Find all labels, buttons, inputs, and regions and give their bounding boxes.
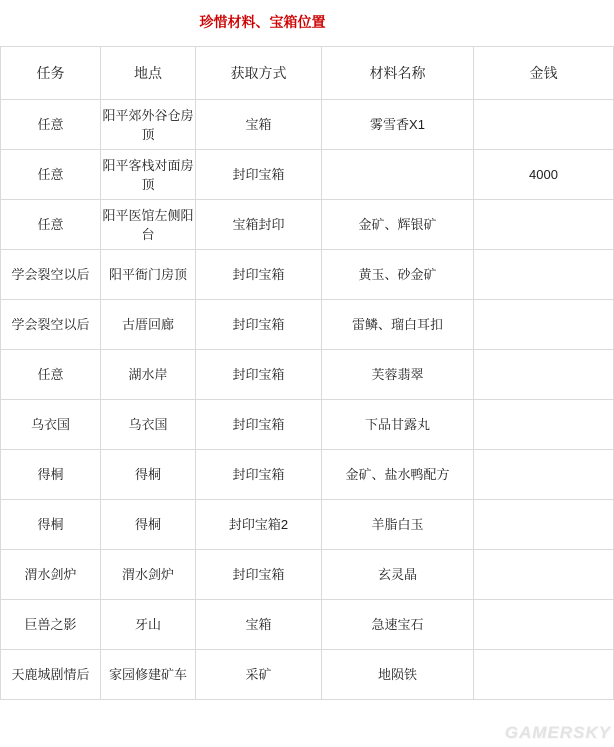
cell-location: 家园修建矿车 bbox=[101, 650, 196, 700]
table-row: 巨兽之影 牙山 宝箱 急速宝石 bbox=[1, 600, 614, 650]
cell-task: 渭水剑炉 bbox=[1, 550, 101, 600]
cell-location: 得桐 bbox=[101, 500, 196, 550]
cell-method: 封印宝箱 bbox=[196, 550, 322, 600]
page-title: 珍惜材料、宝箱位置 bbox=[0, 13, 525, 32]
cell-location: 牙山 bbox=[101, 600, 196, 650]
cell-location: 渭水剑炉 bbox=[101, 550, 196, 600]
cell-money bbox=[474, 550, 614, 600]
table-row: 学会裂空以后 阳平衙门房顶 封印宝箱 黄玉、砂金矿 bbox=[1, 250, 614, 300]
table-row: 得桐 得桐 封印宝箱2 羊脂白玉 bbox=[1, 500, 614, 550]
cell-money bbox=[474, 500, 614, 550]
cell-money bbox=[474, 400, 614, 450]
cell-method: 封印宝箱 bbox=[196, 300, 322, 350]
cell-location: 阳平郊外谷仓房顶 bbox=[101, 100, 196, 150]
cell-method: 采矿 bbox=[196, 650, 322, 700]
cell-location: 阳平医馆左侧阳台 bbox=[101, 200, 196, 250]
cell-task: 学会裂空以后 bbox=[1, 250, 101, 300]
header-location: 地点 bbox=[101, 47, 196, 100]
cell-material bbox=[322, 150, 474, 200]
cell-method: 封印宝箱 bbox=[196, 150, 322, 200]
cell-money bbox=[474, 100, 614, 150]
cell-material: 雷鳞、瑠白耳扣 bbox=[322, 300, 474, 350]
cell-method: 封印宝箱 bbox=[196, 450, 322, 500]
cell-location: 乌衣国 bbox=[101, 400, 196, 450]
cell-money bbox=[474, 600, 614, 650]
header-material: 材料名称 bbox=[322, 47, 474, 100]
cell-method: 宝箱 bbox=[196, 100, 322, 150]
cell-location: 得桐 bbox=[101, 450, 196, 500]
cell-material: 下品甘露丸 bbox=[322, 400, 474, 450]
cell-material: 玄灵晶 bbox=[322, 550, 474, 600]
cell-method: 封印宝箱 bbox=[196, 350, 322, 400]
cell-method: 封印宝箱2 bbox=[196, 500, 322, 550]
cell-money bbox=[474, 650, 614, 700]
cell-material: 羊脂白玉 bbox=[322, 500, 474, 550]
cell-material: 急速宝石 bbox=[322, 600, 474, 650]
cell-task: 任意 bbox=[1, 150, 101, 200]
cell-task: 学会裂空以后 bbox=[1, 300, 101, 350]
cell-material: 芙蓉翡翠 bbox=[322, 350, 474, 400]
materials-chests-table: 任务 地点 获取方式 材料名称 金钱 任意 阳平郊外谷仓房顶 宝箱 雾雪香X1 … bbox=[0, 46, 614, 700]
cell-task: 任意 bbox=[1, 200, 101, 250]
table-row: 学会裂空以后 古厝回廊 封印宝箱 雷鳞、瑠白耳扣 bbox=[1, 300, 614, 350]
cell-money bbox=[474, 250, 614, 300]
gamersky-watermark: GAMERSKY bbox=[505, 723, 611, 743]
cell-location: 湖水岸 bbox=[101, 350, 196, 400]
table-header-row: 任务 地点 获取方式 材料名称 金钱 bbox=[1, 47, 614, 100]
cell-method: 宝箱 bbox=[196, 600, 322, 650]
header-task: 任务 bbox=[1, 47, 101, 100]
cell-method: 宝箱封印 bbox=[196, 200, 322, 250]
cell-money bbox=[474, 300, 614, 350]
cell-task: 乌衣国 bbox=[1, 400, 101, 450]
header-money: 金钱 bbox=[474, 47, 614, 100]
cell-task: 得桐 bbox=[1, 450, 101, 500]
cell-task: 巨兽之影 bbox=[1, 600, 101, 650]
cell-material: 金矿、辉银矿 bbox=[322, 200, 474, 250]
title-container: 珍惜材料、宝箱位置 bbox=[0, 13, 525, 32]
cell-task: 任意 bbox=[1, 100, 101, 150]
cell-location: 古厝回廊 bbox=[101, 300, 196, 350]
table-row: 渭水剑炉 渭水剑炉 封印宝箱 玄灵晶 bbox=[1, 550, 614, 600]
cell-method: 封印宝箱 bbox=[196, 250, 322, 300]
table-row: 任意 阳平医馆左侧阳台 宝箱封印 金矿、辉银矿 bbox=[1, 200, 614, 250]
cell-money: 4000 bbox=[474, 150, 614, 200]
cell-money bbox=[474, 350, 614, 400]
cell-material: 地陨铁 bbox=[322, 650, 474, 700]
cell-material: 金矿、盐水鸭配方 bbox=[322, 450, 474, 500]
cell-material: 黄玉、砂金矿 bbox=[322, 250, 474, 300]
cell-task: 任意 bbox=[1, 350, 101, 400]
table-row: 乌衣国 乌衣国 封印宝箱 下品甘露丸 bbox=[1, 400, 614, 450]
table-row: 得桐 得桐 封印宝箱 金矿、盐水鸭配方 bbox=[1, 450, 614, 500]
header-method: 获取方式 bbox=[196, 47, 322, 100]
cell-location: 阳平衙门房顶 bbox=[101, 250, 196, 300]
cell-money bbox=[474, 450, 614, 500]
table-row: 任意 阳平郊外谷仓房顶 宝箱 雾雪香X1 bbox=[1, 100, 614, 150]
cell-location: 阳平客栈对面房顶 bbox=[101, 150, 196, 200]
cell-material: 雾雪香X1 bbox=[322, 100, 474, 150]
cell-task: 天鹿城剧情后 bbox=[1, 650, 101, 700]
cell-task: 得桐 bbox=[1, 500, 101, 550]
table-row: 天鹿城剧情后 家园修建矿车 采矿 地陨铁 bbox=[1, 650, 614, 700]
table-row: 任意 阳平客栈对面房顶 封印宝箱 4000 bbox=[1, 150, 614, 200]
cell-method: 封印宝箱 bbox=[196, 400, 322, 450]
table-row: 任意 湖水岸 封印宝箱 芙蓉翡翠 bbox=[1, 350, 614, 400]
cell-money bbox=[474, 200, 614, 250]
